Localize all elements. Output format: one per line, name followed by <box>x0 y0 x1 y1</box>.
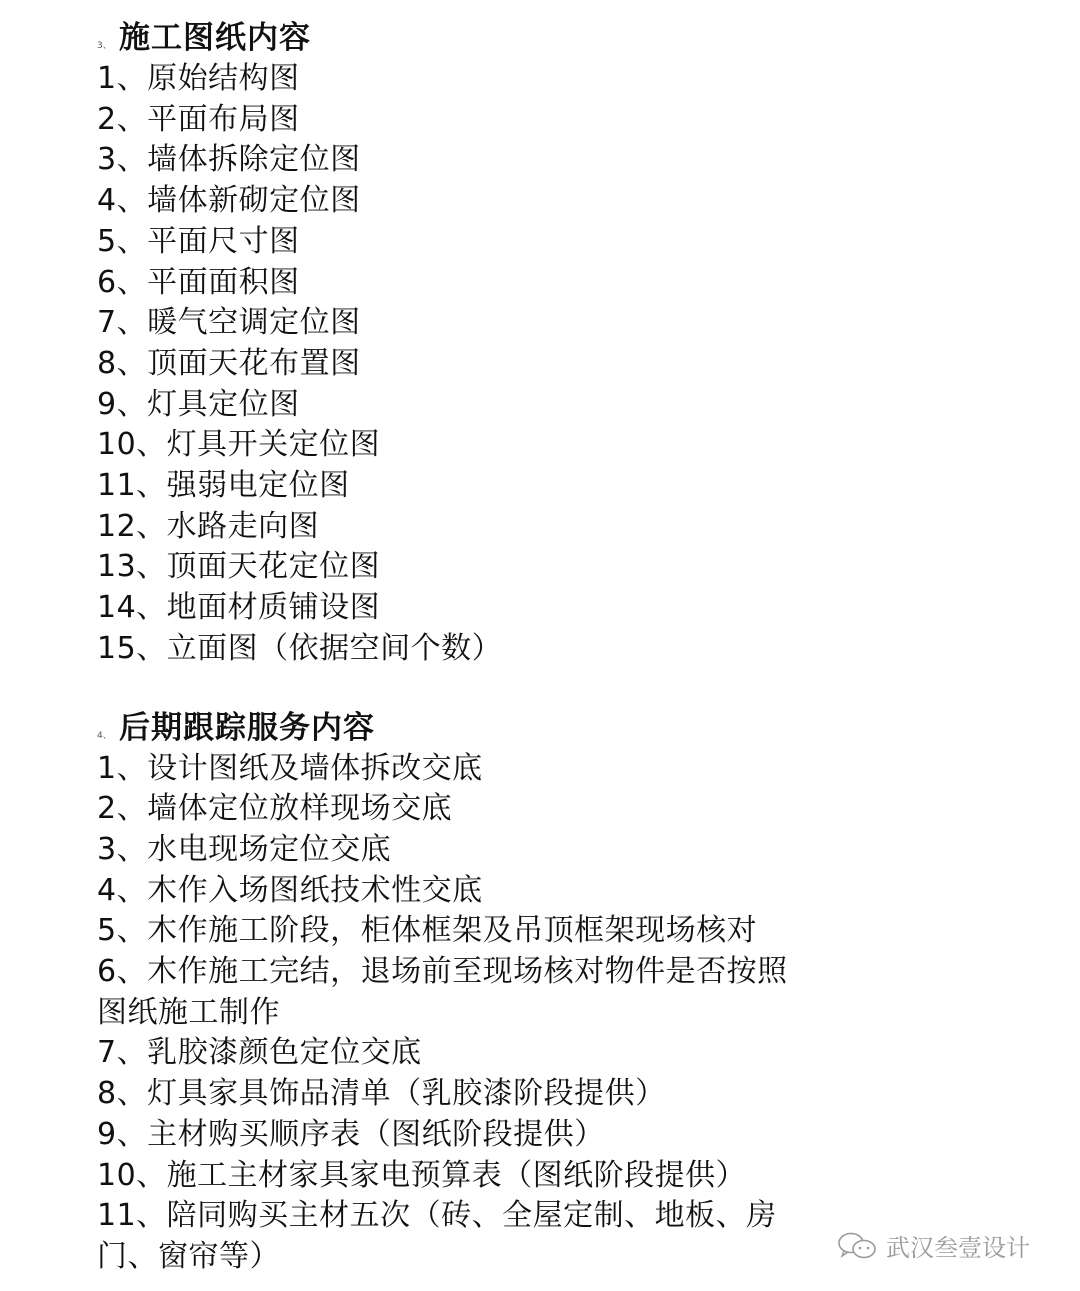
section-heading: 3、 施工图纸内容 <box>97 18 997 59</box>
list-item: 8、顶面天花布置图 <box>97 344 997 385</box>
list-item: 14、地面材质铺设图 <box>97 588 997 629</box>
list-item: 9、灯具定位图 <box>97 385 997 426</box>
list-item: 9、主材购买顺序表（图纸阶段提供） <box>97 1115 997 1156</box>
list-item: 1、原始结构图 <box>97 59 997 100</box>
list-item: 12、水路走向图 <box>97 507 997 548</box>
list-item: 6、平面面积图 <box>97 263 997 304</box>
section-number: 4、 <box>97 728 111 741</box>
list-item: 7、暖气空调定位图 <box>97 303 997 344</box>
list-item: 3、墙体拆除定位图 <box>97 140 997 181</box>
section-construction-drawings: 3、 施工图纸内容 1、原始结构图2、平面布局图3、墙体拆除定位图4、墙体新砌定… <box>97 18 997 670</box>
list-item: 4、木作入场图纸技术性交底 <box>97 871 997 912</box>
section-spacer <box>97 670 997 708</box>
wechat-icon <box>836 1231 880 1261</box>
watermark-text: 武汉叁壹设计 <box>886 1228 1030 1263</box>
service-list: 1、设计图纸及墙体拆改交底2、墙体定位放样现场交底3、水电现场定位交底4、木作入… <box>97 749 997 1278</box>
list-item: 13、顶面天花定位图 <box>97 547 997 588</box>
list-item: 2、墙体定位放样现场交底 <box>97 789 997 830</box>
list-item: 图纸施工制作 <box>97 993 997 1034</box>
list-item: 5、木作施工阶段，柜体框架及吊顶框架现场核对 <box>97 911 997 952</box>
list-item: 15、立面图（依据空间个数） <box>97 629 997 670</box>
document-body: 3、 施工图纸内容 1、原始结构图2、平面布局图3、墙体拆除定位图4、墙体新砌定… <box>97 18 997 1278</box>
list-item: 7、乳胶漆颜色定位交底 <box>97 1033 997 1074</box>
list-item: 2、平面布局图 <box>97 100 997 141</box>
list-item: 10、施工主材家具家电预算表（图纸阶段提供） <box>97 1156 997 1197</box>
list-item: 6、木作施工完结，退场前至现场核对物件是否按照 <box>97 952 997 993</box>
section-title: 后期跟踪服务内容 <box>119 708 375 749</box>
list-item: 10、灯具开关定位图 <box>97 425 997 466</box>
list-item: 4、墙体新砌定位图 <box>97 181 997 222</box>
list-item: 11、强弱电定位图 <box>97 466 997 507</box>
section-heading: 4、 后期跟踪服务内容 <box>97 708 997 749</box>
drawing-list: 1、原始结构图2、平面布局图3、墙体拆除定位图4、墙体新砌定位图5、平面尺寸图6… <box>97 59 997 670</box>
list-item: 1、设计图纸及墙体拆改交底 <box>97 749 997 790</box>
list-item: 8、灯具家具饰品清单（乳胶漆阶段提供） <box>97 1074 997 1115</box>
list-item: 3、水电现场定位交底 <box>97 830 997 871</box>
list-item: 5、平面尺寸图 <box>97 222 997 263</box>
section-title: 施工图纸内容 <box>119 18 311 59</box>
section-number: 3、 <box>97 38 111 51</box>
watermark: 武汉叁壹设计 <box>836 1228 1030 1263</box>
section-followup-services: 4、 后期跟踪服务内容 1、设计图纸及墙体拆改交底2、墙体定位放样现场交底3、水… <box>97 708 997 1278</box>
